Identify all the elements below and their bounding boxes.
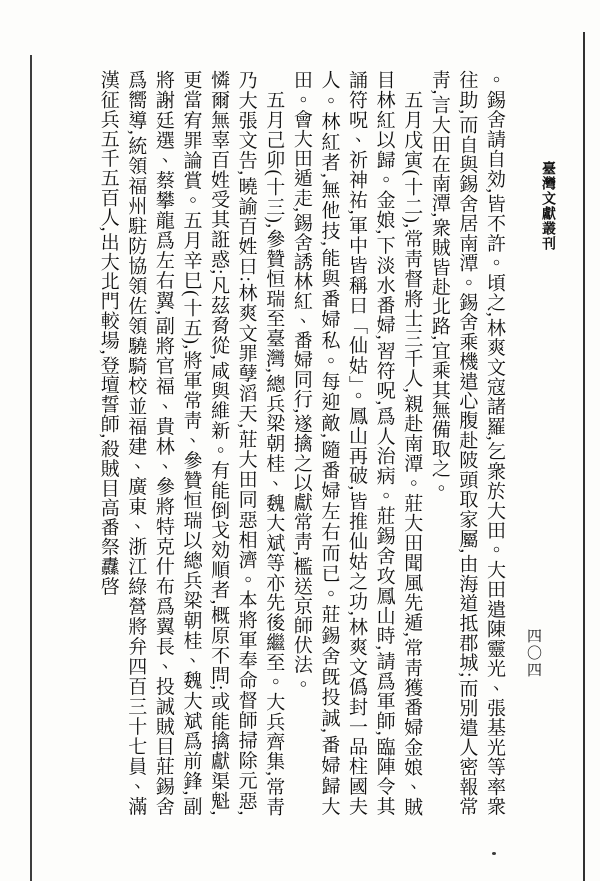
paragraph: 五月戊寅(十二),常靑督將士三千人,親赴南潭。莊大田聞風先遁,常靑獲番婦金娘、賊… bbox=[287, 70, 425, 816]
body-text: 。錫舍請自効,皆不許。頃之,林爽文寇諸羅,乞衆於大田。大田遣陳靈光、張基光等率衆… bbox=[62, 70, 508, 816]
paragraph: 。錫舍請自効,皆不許。頃之,林爽文寇諸羅,乞衆於大田。大田遣陳靈光、張基光等率衆… bbox=[425, 70, 508, 816]
page-edge-line-left bbox=[30, 55, 32, 881]
page-number: 四〇四 bbox=[524, 628, 542, 698]
paragraph: 五月己卯(十三),參贊恒瑞至臺灣,總兵梁朝桂、魏大斌等亦先後繼至。大兵齊集,常靑… bbox=[94, 70, 287, 816]
scan-speck bbox=[492, 852, 496, 855]
series-title: 臺灣文獻叢刊 bbox=[539, 161, 555, 261]
book-page: 臺灣文獻叢刊 四〇四 。錫舍請自効,皆不許。頃之,林爽文寇諸羅,乞衆於大田。大田… bbox=[0, 0, 600, 881]
page-edge-line-right bbox=[583, 32, 585, 881]
